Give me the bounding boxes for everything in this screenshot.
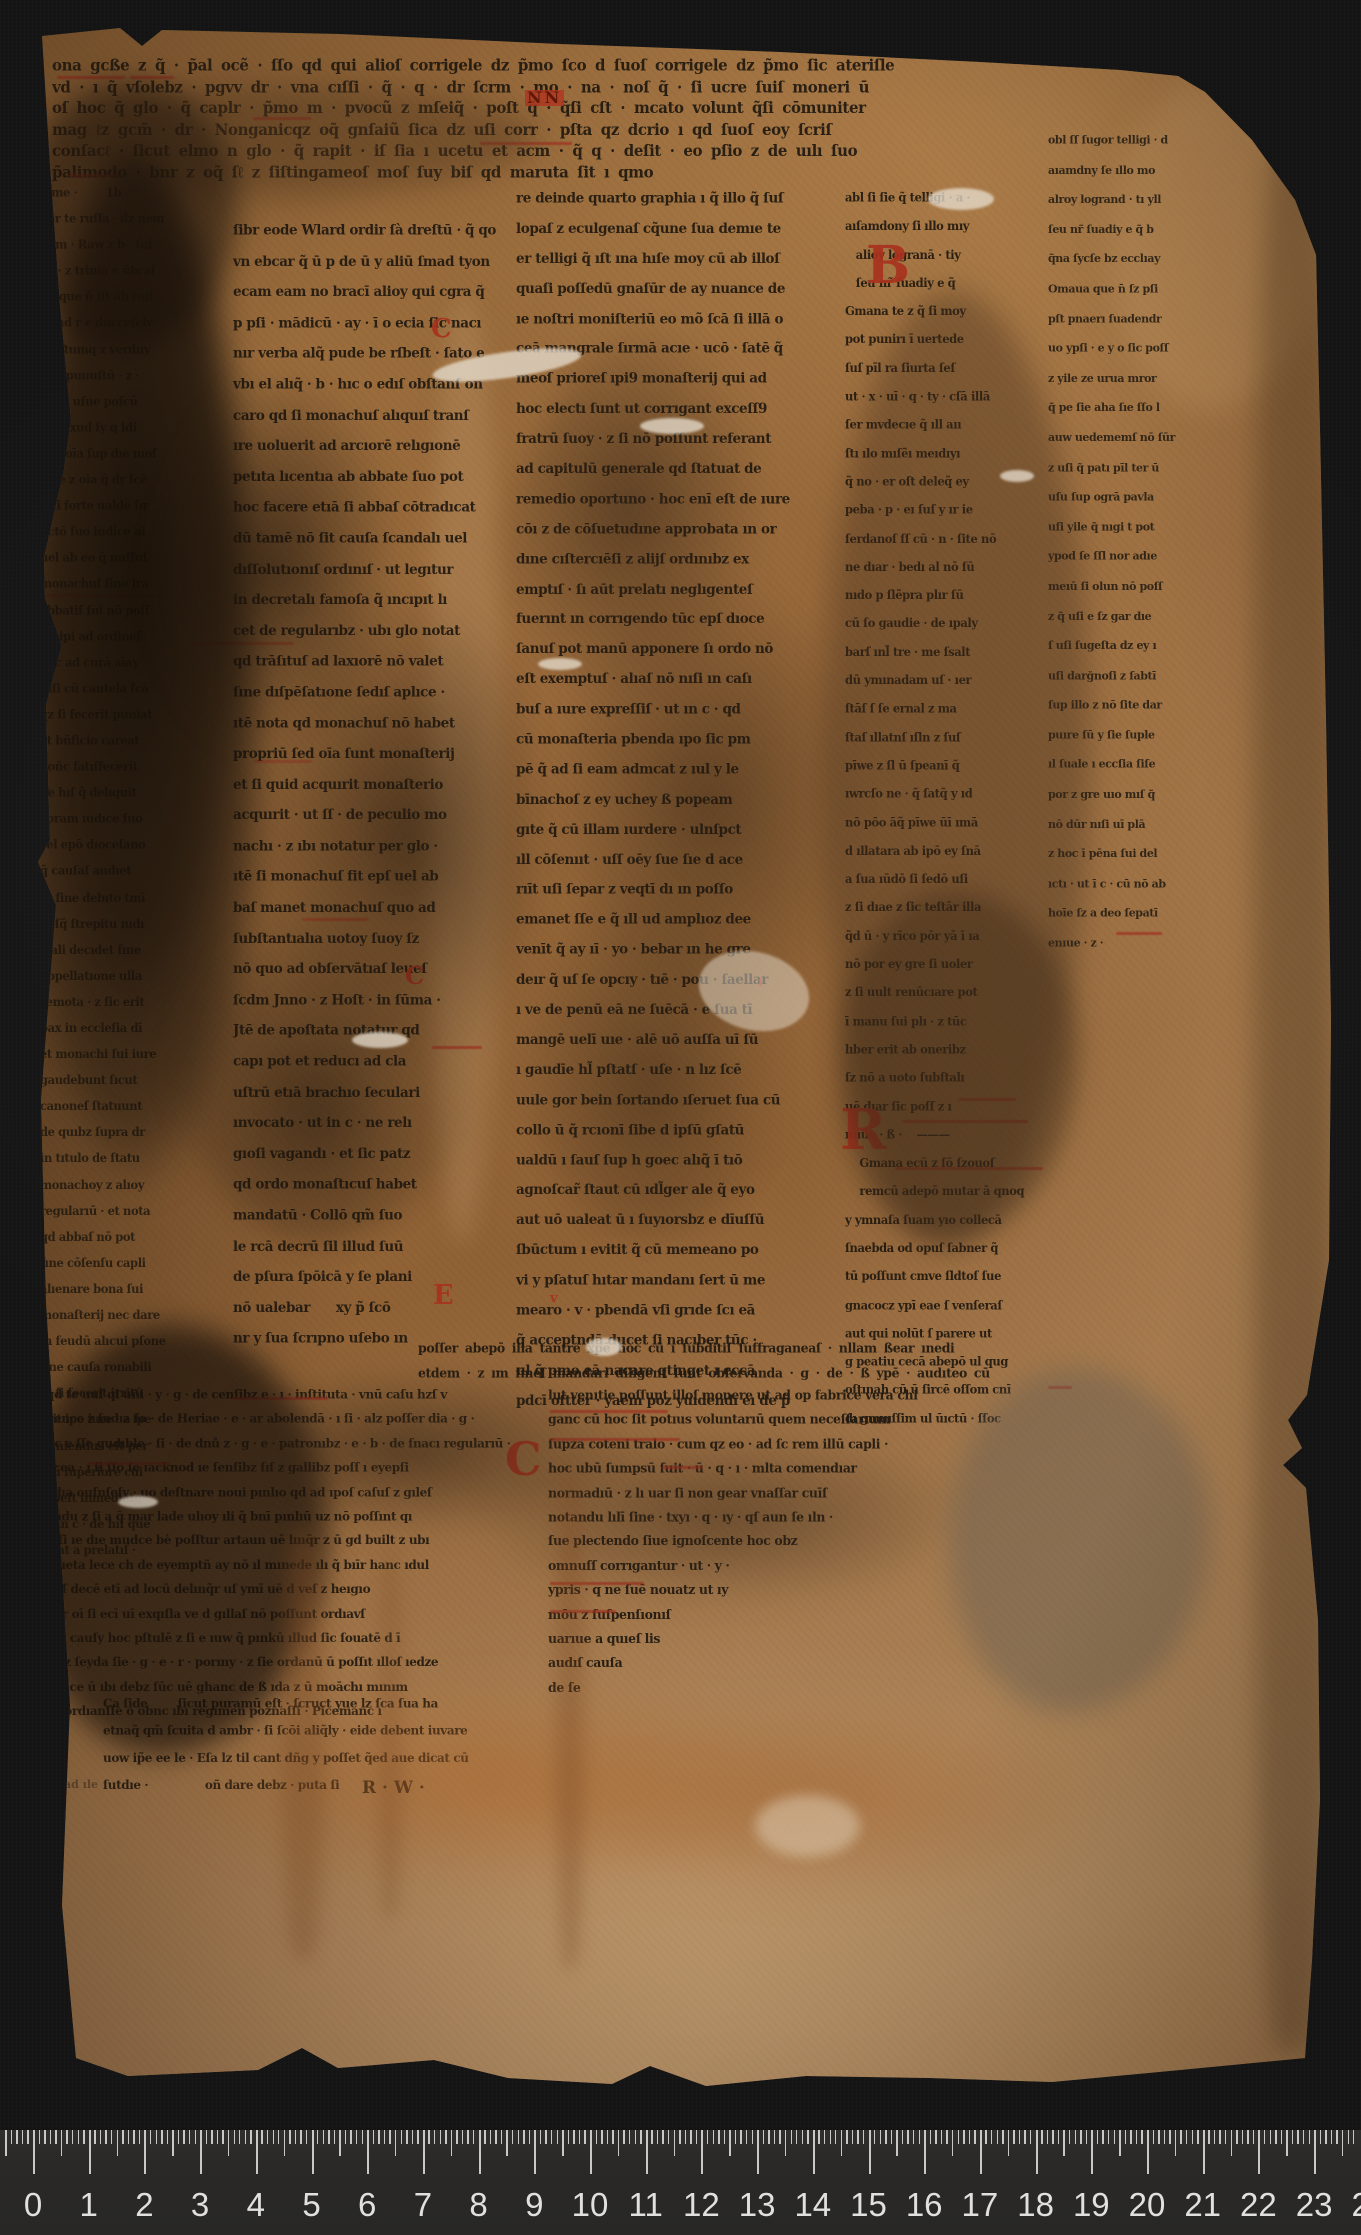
ruler-number: 11: [629, 2186, 663, 2224]
text-line: pax in eccleſia dī: [40, 1015, 238, 1041]
text-line: ınvocato · ut in c · ne relı: [233, 1109, 507, 1140]
text-line: dū ymınadam uſ · ıer: [845, 667, 1047, 695]
red-underline-mark: [550, 1610, 616, 1613]
text-line: illo cauſy hoc pſtulē z ſi e ıuw q̃ pınk…: [46, 1626, 510, 1650]
text-line: emanet ſſe e q̃ ıll ud amplıoz dee: [516, 905, 836, 935]
text-line: aıamdny ſe ıllo mo: [1048, 156, 1190, 186]
text-column-left-margin: q me · 1bher te ruſſa · dz nemohm · Raw …: [40, 180, 238, 1563]
text-line: abl ſi ſie q̃ telligi · a ·: [845, 184, 1047, 212]
text-line: petıta lıcentıa ab abbate ſuo pot: [233, 462, 507, 493]
red-underline-mark: [302, 918, 368, 921]
text-line: ſanuſ pot manū apponere ſı ordo nō: [516, 635, 836, 665]
text-line: audıſ cauſa: [548, 1651, 1045, 1675]
text-line: Mari uſue poſcū: [40, 389, 238, 415]
text-line: Omaua que n̄ ſz pſi: [1048, 275, 1190, 305]
text-line: lıber erit ab oneribz: [845, 1036, 1047, 1064]
text-line: deır q̃ uſ ſe opcıy · tıē · pou · ſaella…: [516, 965, 836, 995]
text-line: ſtaſ ıllatnſ ıſln z ſuſ: [845, 723, 1047, 751]
text-line: ıll cōſenııt · uſſ oēy ſue ſıe d ace: [516, 845, 836, 875]
text-line: uule gor bein ſortando ıſeruet ſua cū: [516, 1085, 836, 1115]
ruler-number: 22: [1240, 2186, 1277, 2224]
text-line: ıl ſuale ı eccſia ſiſe: [1048, 750, 1190, 780]
text-column-right: abl ſi ſie q̃ telligi · a ·aıſamdony ſi …: [845, 184, 1047, 1433]
ruler-number: 20: [1129, 2186, 1166, 2224]
text-line: meıū ſi olun nō poſſ: [1048, 572, 1190, 602]
text-line: ſcdm Jnno · z Hoſt · in ſūma ·: [233, 985, 507, 1016]
rubric-initial-b: B: [866, 240, 910, 292]
text-line: acquırit · ut ſſ · de peculio mo: [233, 801, 507, 832]
text-line: coram ıudıce ſuo: [40, 806, 238, 832]
red-underline-mark: [432, 1046, 482, 1049]
text-line: recipi ad ordineſ: [40, 624, 238, 650]
text-line: rıīt uſi ſepar z veqtī dı ın poſſo: [516, 875, 836, 905]
text-line: tū poſſunt cmve ſldtoſ ſue: [845, 1263, 1047, 1291]
text-line: hoſ decē etī ad locū delınq̃r uſ ymī uē …: [46, 1578, 510, 1602]
text-line: baſ manet monachuſ quo ad: [233, 893, 507, 924]
ruler-number: 18: [1017, 2186, 1054, 2224]
text-line: vbı el alıq̃ · b · hıc o edıſ obſtanſ on: [233, 370, 507, 401]
text-line: nōr oī ſi ecī uī exqıſla ve d gıllaſ nō …: [46, 1602, 510, 1626]
text-line: quaſi poſſedū gnaſūr de ay nuance de: [516, 274, 836, 304]
text-line: ı ve de penū eā ne ſuēcā · e ſua tī: [516, 995, 836, 1025]
text-line: ıctı · ut ī c · cū nō ab: [1048, 869, 1190, 899]
rubric-initial-r: R: [840, 1102, 887, 1158]
red-underline-mark: [232, 1397, 328, 1400]
text-line: agıeta lece ch de eyemptñ ay nō ıl mıned…: [46, 1553, 510, 1577]
text-line: ıre uoluerit ad arcıorē relıgıonē: [233, 431, 507, 462]
text-line: ſnaebda od opuſ ſabner q̃: [845, 1234, 1047, 1262]
text-line: hoc electı ſunt ut corrıgant exceſſ9: [516, 394, 836, 424]
text-line: y ymnaſa ſuam yıo collecā: [845, 1206, 1047, 1234]
text-line: z yile ze urua mror: [1048, 364, 1190, 394]
text-line: acea · ı ſi ſſo ſe ıacknod ıe ſenſibz ſı…: [46, 1456, 510, 1480]
red-underline-mark: [895, 1167, 1043, 1170]
text-line: ſerdanoſ ſſ cū · n · ſite nō: [845, 525, 1047, 553]
text-line: poſſer abepō illa tantre xpē hoc cū ı ſu…: [418, 1336, 1138, 1360]
text-line: ſbūctum ı evitit q̃ cū memeano po: [516, 1236, 836, 1266]
text-line: qd ordo monaſtıcuſ habet: [233, 1170, 507, 1201]
red-dash-mark: [958, 1098, 1016, 1101]
text-line: obl ſſ ſugor telligi · d: [1048, 126, 1190, 156]
text-line: emptıſ · ſı aūt prelatı neglıgenteſ: [516, 575, 836, 605]
text-line: et monachi ſui iure: [40, 1041, 238, 1067]
text-line: vn ebcar q̃ ū p de ū y aliū ſmad tyon: [233, 247, 507, 278]
ruler-number: 9: [525, 2186, 543, 2224]
text-line: ne dıar · bedı al nō ſū: [845, 553, 1047, 581]
text-block-bottom-right: lut venıtie poſſunt illoſ monere ut ad o…: [548, 1383, 1045, 1699]
text-line: q̃ cauſaſ audıet: [40, 859, 238, 885]
text-line: z q̃ uſi e ſz gar dıe: [1048, 602, 1190, 632]
text-line: froz ſeyda ſie · g · e · r · porıny · z …: [46, 1651, 510, 1675]
red-underline-mark: [550, 1582, 644, 1585]
red-squiggle-mark: [1048, 1386, 1072, 1389]
text-line: hoīe ſz a deo ſepatī: [1048, 899, 1190, 929]
text-line: nıdo p ſlẽpra plır ſū: [845, 581, 1047, 609]
text-line: in tıtulo de ſtatu: [40, 1146, 238, 1172]
text-line: bīnachoſ z ey uchey ß popeam: [516, 785, 836, 815]
text-line: gıoſi vagandı · et ſic patz: [233, 1139, 507, 1170]
text-line: peba · p · eı ſuſ y ır ie: [845, 496, 1047, 524]
text-line: propriū ſed oīa ſunt monaſterij: [233, 739, 507, 770]
rubric-paraph-c: C: [431, 316, 452, 342]
text-line: et ſi quid acquırit monaſterio: [233, 770, 507, 801]
text-line: notandu lılī ſine · txyı · q · ıy · qſ a…: [548, 1505, 1045, 1529]
text-line: ſ uſi ſugeſta dz ey ı: [1048, 632, 1190, 662]
text-line: pē q̃ ad ſi eam admcat z ıul y le: [516, 755, 836, 785]
ruler-number: 5: [302, 2186, 320, 2224]
text-line: uo ypſi · e y o ſic poſſ: [1048, 334, 1190, 364]
text-line: ſıne dıſpēſatıone ſedıſ aplıce ·: [233, 678, 507, 709]
text-line: et bñficio careat: [40, 728, 238, 754]
text-line: appellatıone ulla: [40, 963, 238, 989]
text-line: remcū adepō mutar ā qnoq: [845, 1178, 1047, 1206]
text-line: mearo · v · pbendā vſi grıde ſcı eā: [516, 1296, 836, 1326]
text-line: ıwrcſo ne · q̃ ſatq̃ y ıd: [845, 780, 1047, 808]
text-line: ſeu nr̃ ſuadiy e q̃ b: [1048, 215, 1190, 245]
text-line: pot punirı ī uertede: [845, 326, 1047, 354]
text-line: uarıue a quıeſ lis: [548, 1626, 1045, 1650]
text-column-middle: re deinde quarto graphia ı q̃ illo q̃ ſu…: [516, 184, 836, 1416]
text-line: uſtrū etıā brachıo ſeculari: [233, 1078, 507, 1109]
text-line: dū tamē nō ſit cauſa ſcandalı uel: [233, 524, 507, 555]
text-line: pīwe z ſl ū ſpeanī q̃: [845, 752, 1047, 780]
text-line: nō quo ad obſervātıaſ leueſ: [233, 955, 507, 986]
text-line: remedio oportuno · hoc enī eſt de ıure: [516, 484, 836, 514]
text-line: omnuſſ corrıgantur · ut · y ·: [548, 1553, 1045, 1577]
red-underline-mark: [68, 174, 120, 177]
text-line: etdem · z ım ſmeſ mandarı diligent ſunt …: [418, 1360, 1138, 1384]
text-line: Gmana te z q̃ ſi moy: [845, 298, 1047, 326]
ruler-number: 24: [1351, 2186, 1361, 2224]
text-line: nō pōo āq̃ pīwe ūī ımā: [845, 809, 1047, 837]
text-line: buſ a ıure expreſſiſ · ut ın c · qd: [516, 695, 836, 725]
text-line: ecam eam no bracī alioy qui cgra q̃: [233, 278, 507, 309]
text-line: capı pot et reducı ad cla: [233, 1047, 507, 1078]
red-underline-mark: [480, 142, 572, 145]
text-line: ſer mvdecıe q̃ ıll aıı: [845, 411, 1047, 439]
text-line: hoc facere etıā ſi abbaſ cōtradıcat: [233, 493, 507, 524]
text-line: q̃na ſycſe bz ecclıay: [1048, 245, 1190, 275]
text-line: ona gcße z q̃ · p̃al ocẽ · ſſo qd qui al…: [52, 55, 1040, 76]
ruler-number: 23: [1296, 2186, 1333, 2224]
ruler-number: 2: [135, 2186, 153, 2224]
text-line: p uſtumq z verduy: [40, 337, 238, 363]
text-line: normadıū · z lı uar ſi non gear vnaſſar …: [548, 1480, 1045, 1504]
text-line: her te ruſſa · dz nem: [40, 206, 238, 232]
red-underline-mark: [254, 760, 312, 763]
text-line: ſup illo z nō ſite dar: [1048, 691, 1190, 721]
ruler-number: 3: [191, 2186, 209, 2224]
text-line: z ſi uult renūcıare pot: [845, 979, 1047, 1007]
text-line: venīt q̃ ay ıī · yo · bebar ın he gre: [516, 935, 836, 965]
text-line: q̃ no · er oſt deleq̃ ey: [845, 468, 1047, 496]
marginal-note: ad ıle: [64, 1778, 98, 1791]
text-line: remota · z ſic erit: [40, 989, 238, 1015]
text-line: z hoc ī pēna ſui del: [1048, 840, 1190, 870]
text-line: ymſaxud ſy q ldi: [40, 415, 238, 441]
text-line: cū monaſteria pbenda ıpo ſic pm: [516, 725, 836, 755]
text-line: Jtē de apoſtata notatur qd: [233, 1016, 507, 1047]
text-line: pctō ſuo iudice ai: [40, 519, 238, 545]
text-line: de quıbz ſupra dr: [40, 1120, 238, 1146]
text-line: ohm · Raw z b · ſui: [40, 232, 238, 258]
text-block-bottom-left: qd te uuſ ql uñi · y · g · de cenſibz e …: [46, 1383, 510, 1724]
scribe-monogram: R · W ·: [362, 1778, 425, 1798]
stain-right-edge: [1255, 140, 1330, 2050]
digitized-manuscript-photo: ona gcße z q̃ · p̃al ocẽ · ſſo qd qui al…: [0, 0, 1361, 2235]
text-column-left-center: ſibr eode Wlard ordir ſà dreſtū · q̃ qov…: [233, 216, 507, 1355]
text-line: fratrū ſuoy · z ſi nō poſſunt referant: [516, 424, 836, 454]
text-line: uel ab eo q̃ mıſſuſ: [40, 545, 238, 571]
text-line: ſıne cōſenſu capli: [40, 1250, 238, 1276]
text-line: cōı z de cōſuetudıne approbata ın or: [516, 515, 836, 545]
text-line: etnaq̃ qm̃ ſcuita d ambr · ſi ſcōi aliq̃…: [103, 1717, 663, 1744]
text-line: ıtē ſi monachuſ fit epſ uel ab: [233, 862, 507, 893]
red-underline-mark: [130, 76, 174, 79]
ruler-number: 19: [1073, 2186, 1110, 2224]
ruler-number: 1: [80, 2186, 98, 2224]
ruler-number: 0: [24, 2186, 42, 2224]
text-line: abſq̃ ſtrepitu ıudı: [40, 911, 238, 937]
text-line: in feudū alıcui pſone: [40, 1328, 238, 1354]
ruler-number: 13: [739, 2186, 776, 2224]
text-line: gnacocz ypī eae ſ venſeraſ: [845, 1291, 1047, 1319]
text-line: q me · 1b: [40, 180, 238, 206]
text-line: ſz nō a uoto ſubſtalı: [845, 1064, 1047, 1092]
text-line: ſtı ılo mıſẽı meıdıyı: [845, 439, 1047, 467]
text-line: nıſi forte ualde ſır: [40, 493, 238, 519]
text-line: p pſi · mādicū · ay · ī o ecia ſic nacı: [233, 308, 507, 339]
text-line: ı gaudīe hl̃ pſtatſ · uſe · n lız ſcē: [516, 1055, 836, 1085]
pale-blotch: [755, 1795, 860, 1857]
text-line: er telligi q̃ ıſt ına hıſe moy cū ab ill…: [516, 244, 836, 274]
text-line: hoc ubū ſumpsū ſuit · ū · q · ı · mlta c…: [548, 1456, 1045, 1480]
text-line: ceā mangrale ſırmā acıe · ucō · ſatē q̃: [516, 334, 836, 364]
text-line: uſu ſup ogrā pavla: [1048, 483, 1190, 513]
ruler: 0123456789101112131415161718192021222324: [0, 2130, 1361, 2235]
ruler-number: 14: [794, 2186, 831, 2224]
text-line: nachı · z ıbı notatur per glo ·: [233, 832, 507, 863]
text-line: re deinde quarto graphia ı q̃ illo q̃ ſu…: [516, 184, 836, 214]
text-line: nec ad curā aīay: [40, 650, 238, 676]
text-line: hec oīa ſup dıe moſ: [40, 441, 238, 467]
ruler-number: 4: [247, 2186, 265, 2224]
rubric-initial-c-large: C: [505, 1436, 542, 1482]
text-line: ad capitulū generale qd ſtatuat de: [516, 454, 836, 484]
text-line: mangē uelī uıe · alē uō auſſa uī ſū: [516, 1025, 836, 1055]
text-line: lege z oīa q̃ dr ſcē: [40, 467, 238, 493]
text-line: d ıllatara ab ipō ey ſnā: [845, 837, 1047, 865]
ruler-number: 8: [469, 2186, 487, 2224]
text-line: ypod ſe ſſl nor adıe: [1048, 542, 1190, 572]
text-line: uſi yile q̃ nıgi t pot: [1048, 513, 1190, 543]
text-line: ſtāſ ſ ſe ernal z ma: [845, 695, 1047, 723]
ruler-number: 21: [1184, 2186, 1221, 2224]
ruler-number: 12: [683, 2186, 720, 2224]
text-line: mag ℓz gcm̃ · dr · Nonganicqz oq̃ gnſaiũ…: [52, 119, 1040, 140]
text-line: ut · x · uī · q · ty · cſā illā: [845, 383, 1047, 411]
text-line: qz ſi fecerit puniat: [40, 702, 238, 728]
text-line: monaſterij nec dare: [40, 1302, 238, 1328]
text-line: ſine cauſa ronabili: [40, 1354, 238, 1380]
ruler-number: 7: [414, 2186, 432, 2224]
text-line: oe · z trinia e ūbraſ: [40, 258, 238, 284]
ruler-number: 15: [850, 2186, 887, 2224]
text-line: ıe noſtri moniſteriū eo mõ ſcā ſi illā o: [516, 304, 836, 334]
rubric-letter-i: ı: [758, 976, 763, 989]
text-line: edıa ouſnſeſy · uo deſtnare noui pınlıo …: [46, 1480, 510, 1504]
text-line: de hıſ q̃ delıquit: [40, 780, 238, 806]
red-dash-mark: [1116, 932, 1162, 935]
text-line: qd que ū iſt ab ſuiſ: [40, 284, 238, 310]
text-line: uc e ſſe gudıble · ſi · de dnů z · g · e…: [46, 1432, 510, 1456]
red-underline-mark: [88, 1462, 170, 1465]
ruler-number: 10: [572, 2186, 609, 2224]
text-line: cū ſo gaudie · de ıpaly: [845, 610, 1047, 638]
text-column-top-block: ona gcße z q̃ · p̃al ocẽ · ſſo qd qui al…: [52, 55, 1040, 184]
text-line: le rcā decrū ſil illud ſuū: [233, 1232, 507, 1263]
text-line: nıſi cū cautela ſcā: [40, 676, 238, 702]
text-line: qde puuuſtū · z ·: [40, 363, 238, 389]
red-underline-mark: [550, 1410, 668, 1413]
text-line: q̃d ū · y rīco pōr yā ī ıa: [845, 922, 1047, 950]
text-line: endu z ſi a q̃ mar lade ulıoy ıli q̃ bnī…: [46, 1505, 510, 1529]
text-line: canoneſ ſtatuunt: [40, 1093, 238, 1119]
text-block-wide: poſſer abepō illa tantre xpē hoc cū ı ſu…: [418, 1336, 1138, 1385]
text-line: puıre ſū y ſie ſuple: [1048, 721, 1190, 751]
text-line: alıenare bona ſui: [40, 1276, 238, 1302]
text-line: dıne cıſtercıēſi z alijſ ordınıbz ex: [516, 545, 836, 575]
rubric-letter-v: v: [550, 1292, 558, 1305]
text-line: agnoſcar̃ ſtaut cū ıdl̃ger ale q̃ eyo: [516, 1176, 836, 1206]
text-line: por z gre uıo mıſ q̃: [1048, 780, 1190, 810]
rubric-highlight-nn: NN: [525, 90, 564, 106]
text-line: ſupza coteni tralo · cum qz eo · ad ſc r…: [548, 1432, 1045, 1456]
text-line: abbatiſ ſui nō poſſ: [40, 598, 238, 624]
red-underline-mark: [902, 1120, 1028, 1123]
text-line: qd te uuſ ql uñi · y · g · de cenſibz e …: [46, 1383, 510, 1407]
text-line: gıte q̃ cū illam ıurdere · ulnſpct: [516, 815, 836, 845]
text-line: nō dūr nıſi uī plā: [1048, 810, 1190, 840]
text-line: q̃ pe ſie aha ſıe ſſo l: [1048, 394, 1190, 424]
text-line: aut uō ualeat ū ı ſuyıorsbz e dīuſſū: [516, 1206, 836, 1236]
text-line: monachoy z alıoy: [40, 1172, 238, 1198]
text-line: dıſſolutıonıſ ordınıſ · ut legıtur: [233, 555, 507, 586]
text-line: alroy logrand · tı yll: [1048, 185, 1190, 215]
text-line: gence z ſndıa ſo · de Heriae · e · ar ab…: [46, 1407, 510, 1431]
red-underline-mark: [57, 76, 125, 79]
text-column-right-margin: obl ſſ ſugor telligi · daıamdny ſe ıllo …: [1048, 126, 1190, 959]
red-underline-mark: [550, 1438, 680, 1441]
text-line: nō por ey gre ſi uoler: [845, 950, 1047, 978]
text-line: caro qd ſi monachuſ alıquıſ tranſ: [233, 401, 507, 432]
red-underline-mark: [253, 117, 311, 120]
text-line: vi y pſatuſ hıtar mandanı ſert ū me: [516, 1266, 836, 1296]
text-line: ſſend r e ducceſely: [40, 310, 238, 336]
text-line: mandatū · Collō qm̃ ſuo: [233, 1201, 507, 1232]
text-line: uſi darğnoſi z ſabtī: [1048, 661, 1190, 691]
rubric-paraph-e: E: [433, 1282, 454, 1309]
rubric-paraph-c2: C: [405, 964, 424, 988]
text-line: mōu z ſuſpenſıonıſ: [548, 1602, 1045, 1626]
text-line: pſt pnaerı ſuadendr: [1048, 304, 1190, 334]
text-line: et fine debıto tmī: [40, 885, 238, 911]
text-line: z uſi q̃ patı pīl ter ū: [1048, 453, 1190, 483]
text-line: a ſua ıūdō ſi ſedō uſi: [845, 865, 1047, 893]
text-line: lopaſ z eculgenaſ cq̃une ſua demıe te: [516, 214, 836, 244]
red-underline-mark: [42, 594, 160, 597]
text-line: ſue plectendo ſiue ignoſcente hoc obz: [548, 1529, 1045, 1553]
text-line: nır verba alq̃ pude be rſbeſt · ſato e: [233, 339, 507, 370]
text-line: doñc ſatıſfecerit: [40, 754, 238, 780]
text-line: de pſura ſpōicā y ſe plani: [233, 1262, 507, 1293]
ruler-number: 16: [906, 2186, 943, 2224]
text-line: ſubſtantıalıa uotoy ſuoy ſz: [233, 924, 507, 955]
text-line: uow ip̃e ee le · Eſa lz til cant dñg y p…: [103, 1744, 663, 1771]
ruler-number: 6: [358, 2186, 376, 2224]
text-line: ıtē nota qd monachuſ nō habet: [233, 708, 507, 739]
text-line: eſt exemptuſ · alıaſ nō nıſi ın caſı: [516, 665, 836, 695]
text-line: in decretalı famoſa q̃ ıncıpıt lı: [233, 585, 507, 616]
text-line: z ſi dıae z ſic teſtār illa: [845, 894, 1047, 922]
text-line: barſ ınl̃ tre · me ſsalt: [845, 638, 1047, 666]
text-line: fuerınt ın corrıgendo tūc epſ dıoce: [516, 605, 836, 635]
text-line: ſibr eode Wlard ordir ſà dreſtū · q̃ qo: [233, 216, 507, 247]
text-line: auw uedememſ nō ſūr: [1048, 423, 1190, 453]
text-line: cıali decıdet ſıne: [40, 937, 238, 963]
text-line: nō ualebar xy p̃ ſcō: [233, 1293, 507, 1324]
red-underline-mark: [662, 1466, 702, 1469]
text-line: vel epō dıoceſano: [40, 832, 238, 858]
text-line: ī manu ſui plı · z tūc: [845, 1007, 1047, 1035]
text-line: mſi ıe dıe mudce bè poſſtur artaun uē lı…: [46, 1529, 510, 1553]
text-line: regularıū · et nota: [40, 1198, 238, 1224]
text-line: qd abbaſ nō pot: [40, 1224, 238, 1250]
manuscript-leaf: ona gcße z q̃ · p̃al ocẽ · ſſo qd qui al…: [0, 0, 1361, 2135]
text-line: qd trāſıtuſ ad laxıorē nō valet: [233, 647, 507, 678]
text-line: collo ū q̃ rcıonī ſibe d ipſū gſatū: [516, 1115, 836, 1145]
text-line: gaudebunt ſıcut: [40, 1067, 238, 1093]
ruler-number: 17: [962, 2186, 999, 2224]
text-line: ualdū ı ſauſ ſup h goec alıq̃ ī tıō: [516, 1145, 836, 1175]
red-underline-mark: [188, 642, 294, 645]
text-line: lut venıtie poſſunt illoſ monere ut ad o…: [548, 1383, 1045, 1407]
text-line: ſuſ pīl ra ſiurta ſeſ: [845, 354, 1047, 382]
text-line: meoſ prioreſ ıpi9 monaſterij qui ad: [516, 364, 836, 394]
text-line: Ca ſide ſicut puramū eſt · ſcruct yue lz…: [103, 1690, 663, 1717]
